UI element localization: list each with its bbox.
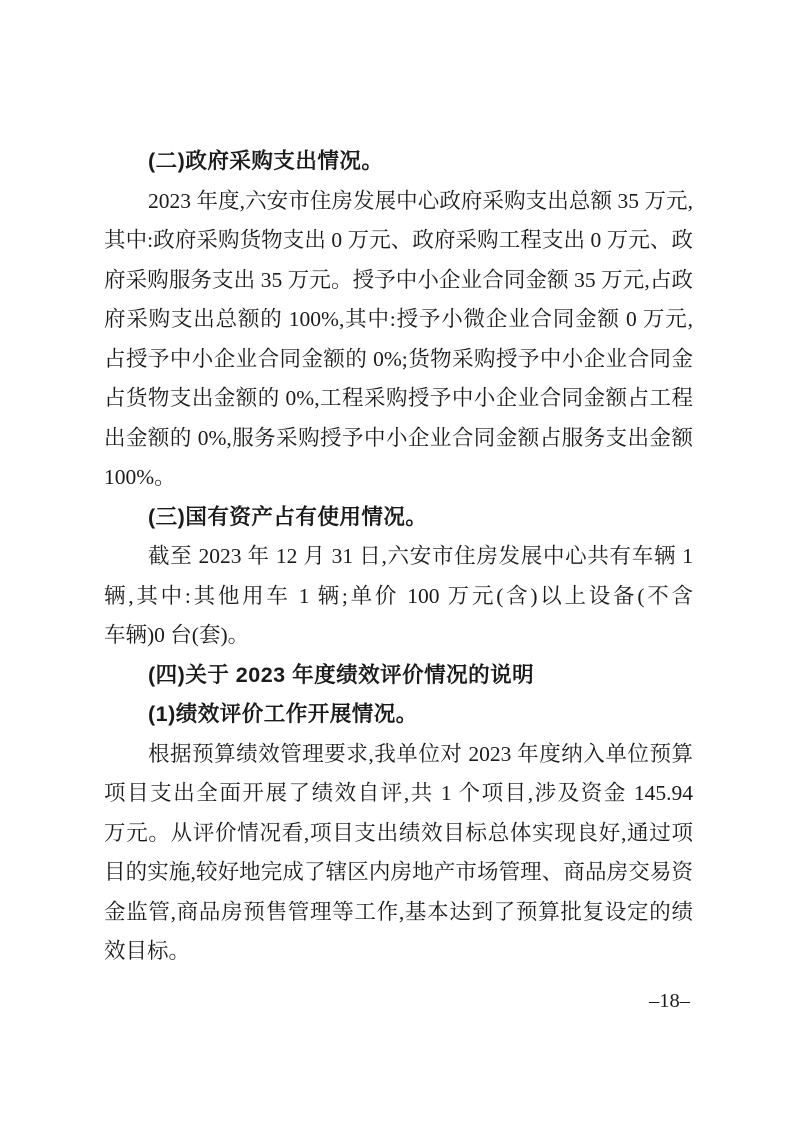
section-heading-state-assets: (三)国有资产占有使用情况。 bbox=[104, 498, 693, 538]
body-line: 2023 年度,六安市住房发展中心政府采购支出总额 35 万元, bbox=[104, 182, 693, 222]
page-number: –18– bbox=[649, 990, 690, 1012]
body-line: 辆,其中:其他用车 1 辆;单价 100 万元(含)以上设备(不含 bbox=[104, 577, 693, 617]
body-line: 效目标。 bbox=[104, 932, 693, 972]
document-page: (二)政府采购支出情况。 2023 年度,六安市住房发展中心政府采购支出总额 3… bbox=[0, 0, 793, 1122]
body-line: 车辆)0 台(套)。 bbox=[104, 616, 693, 656]
body-line: 其中:政府采购货物支出 0 万元、政府采购工程支出 0 万元、政 bbox=[104, 221, 693, 261]
body-line: 占授予中小企业合同金额的 0%;货物采购授予中小企业合同金额 bbox=[104, 340, 693, 380]
body-line: 金监管,商品房预售管理等工作,基本达到了预算批复设定的绩 bbox=[104, 893, 693, 933]
body-line: 占货物支出金额的 0%,工程采购授予中小企业合同金额占工程支 bbox=[104, 379, 693, 419]
body-line: 出金额的 0%,服务采购授予中小企业合同金额占服务支出金额的 bbox=[104, 419, 693, 459]
body-line: 府采购支出总额的 100%,其中:授予小微企业合同金额 0 万元, bbox=[104, 300, 693, 340]
document-body: (二)政府采购支出情况。 2023 年度,六安市住房发展中心政府采购支出总额 3… bbox=[104, 142, 693, 972]
body-line: 100%。 bbox=[104, 458, 693, 498]
subsection-heading-evaluation-work: (1)绩效评价工作开展情况。 bbox=[104, 695, 693, 735]
body-line: 根据预算绩效管理要求,我单位对 2023 年度纳入单位预算的 bbox=[104, 735, 693, 775]
body-line: 目的实施,较好地完成了辖区内房地产市场管理、商品房交易资 bbox=[104, 853, 693, 893]
body-line: 府采购服务支出 35 万元。授予中小企业合同金额 35 万元,占政 bbox=[104, 261, 693, 301]
body-line: 截至 2023 年 12 月 31 日,六安市住房发展中心共有车辆 1 bbox=[104, 537, 693, 577]
section-heading-procurement: (二)政府采购支出情况。 bbox=[104, 142, 693, 182]
body-line: 项目支出全面开展了绩效自评,共 1 个项目,涉及资金 145.94 bbox=[104, 774, 693, 814]
section-heading-performance-evaluation: (四)关于 2023 年度绩效评价情况的说明 bbox=[104, 656, 693, 696]
body-line: 万元。从评价情况看,项目支出绩效目标总体实现良好,通过项 bbox=[104, 814, 693, 854]
